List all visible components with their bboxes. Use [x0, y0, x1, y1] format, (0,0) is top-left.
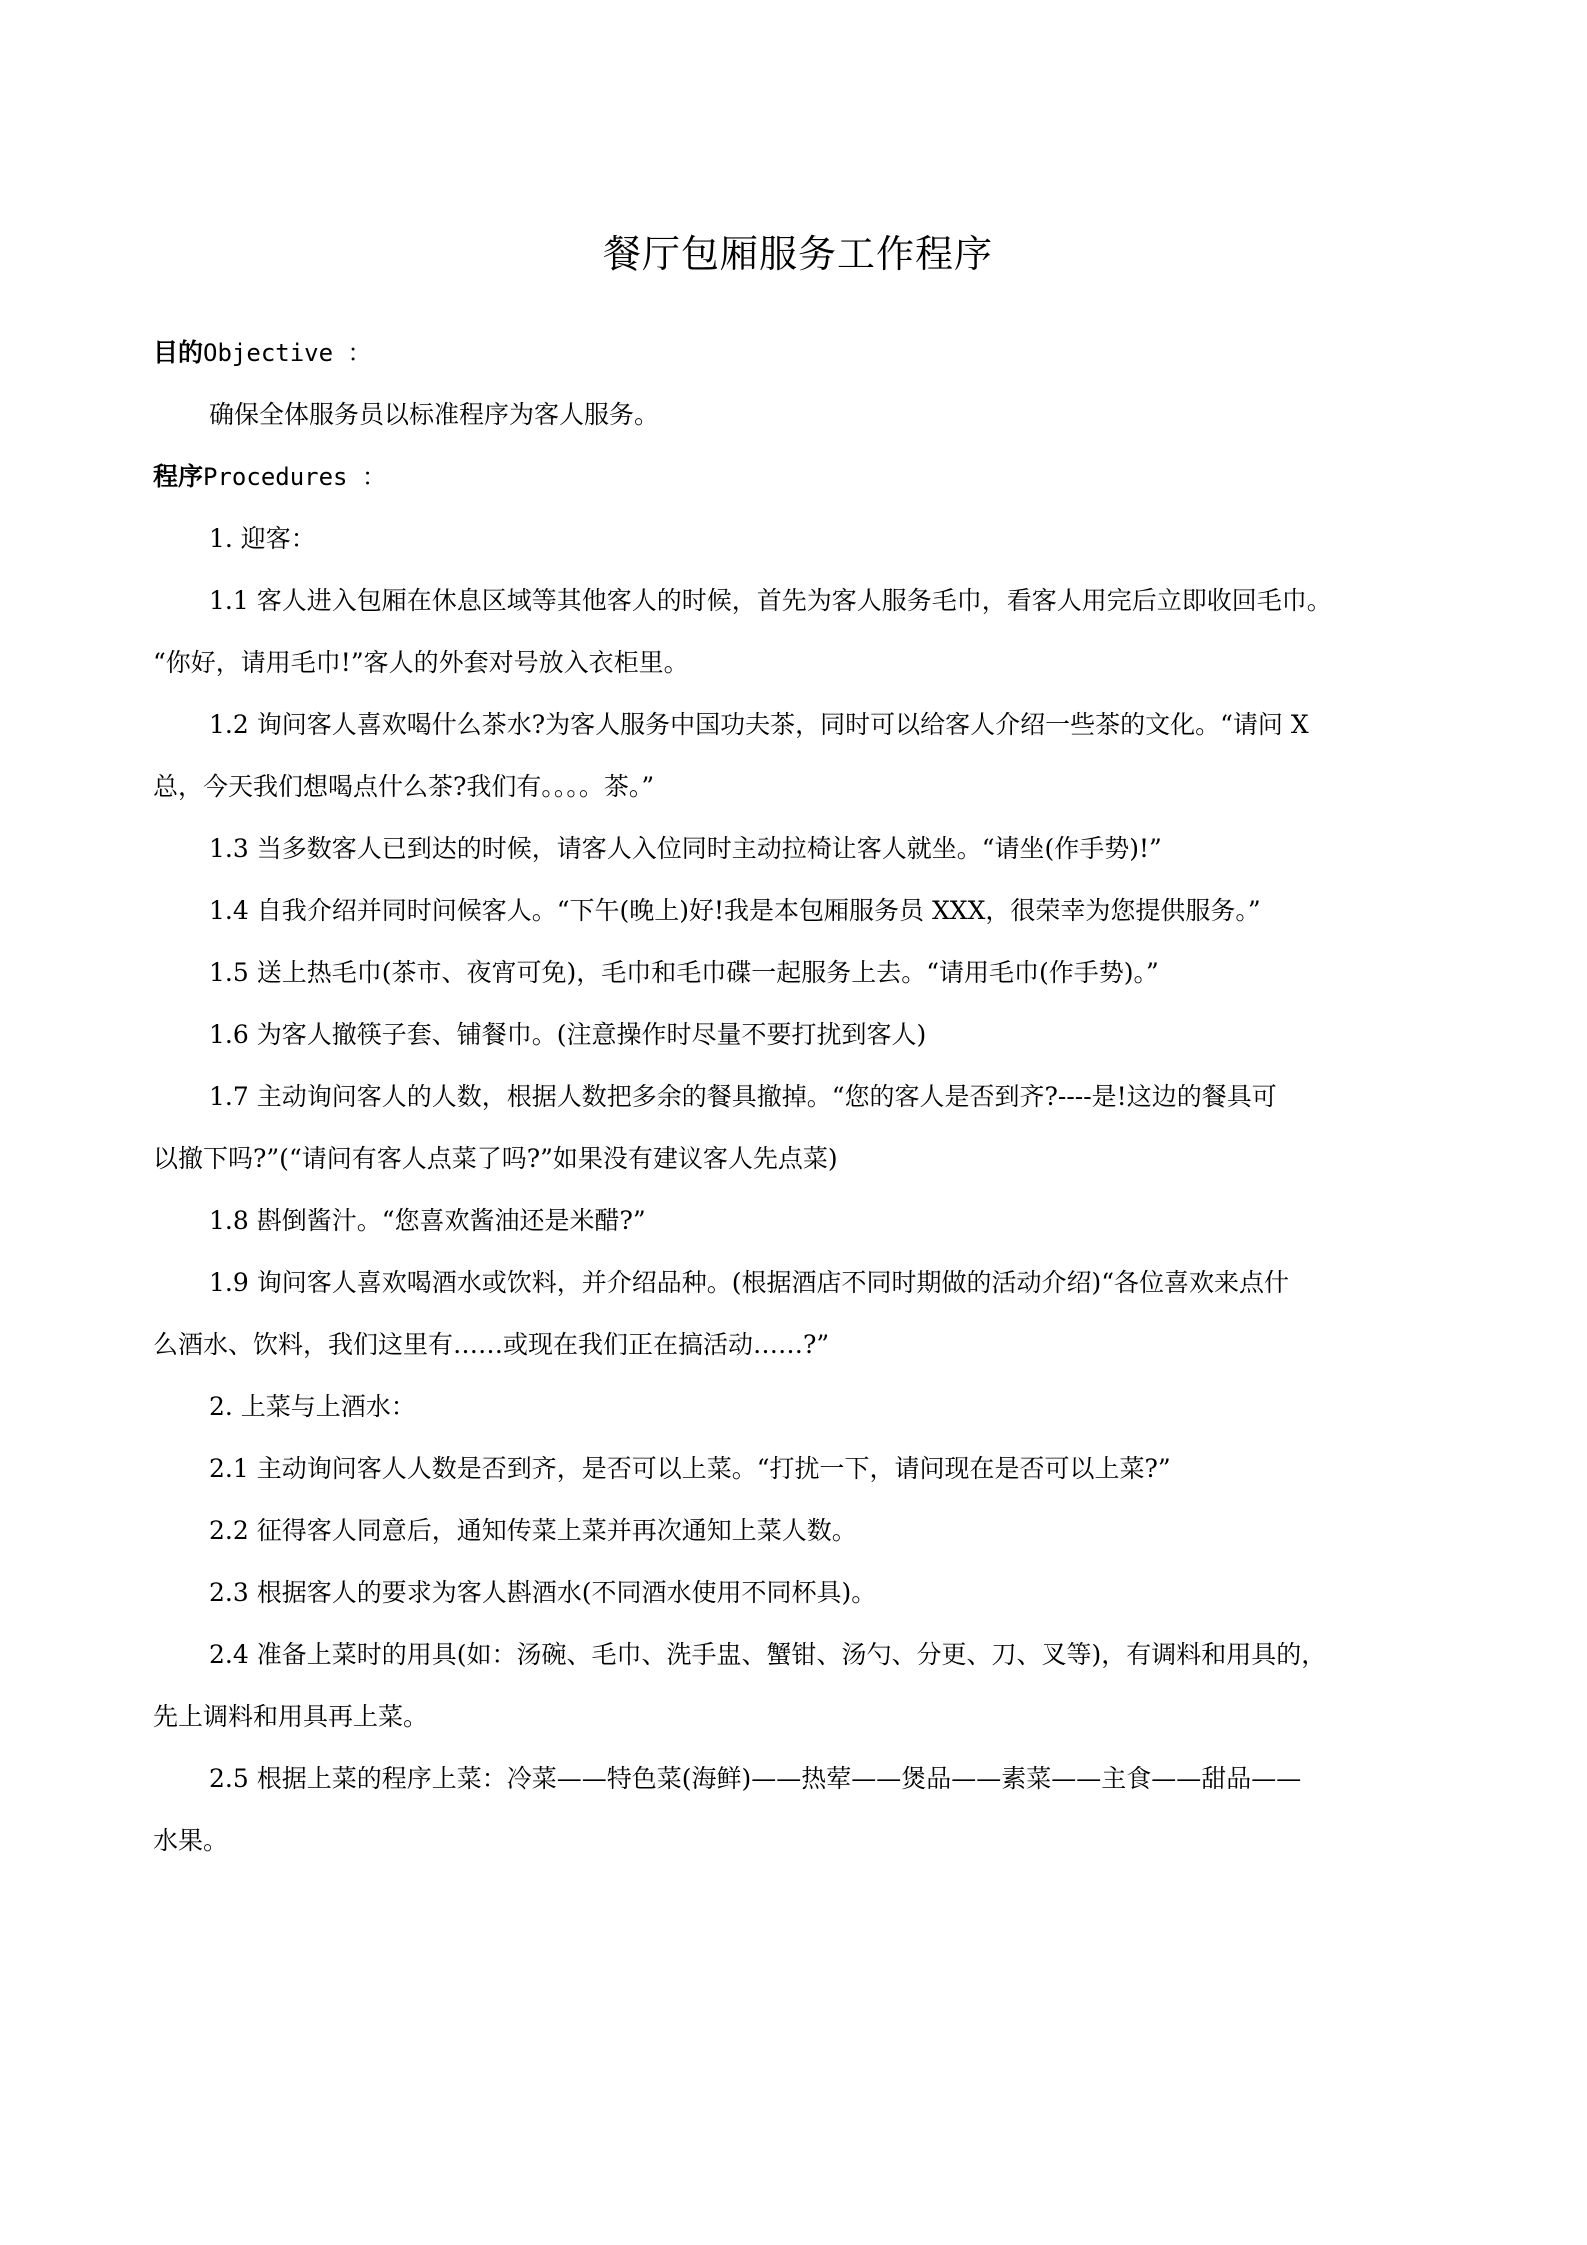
procedure-line: 先上调料和用具再上菜。 [153, 1700, 1443, 1734]
procedure-line: 1.6 为客人撤筷子套、铺餐巾。(注意操作时尽量不要打扰到客人) [209, 1018, 1443, 1052]
procedures-label-cn: 程序 [153, 462, 203, 491]
procedure-line: 2.1 主动询问客人人数是否到齐，是否可以上菜。“打扰一下，请问现在是否可以上菜… [209, 1452, 1443, 1486]
procedure-line: 2. 上菜与上酒水： [209, 1390, 1443, 1424]
procedure-line: 2.4 准备上菜时的用具(如：汤碗、毛巾、洗手盅、蟹钳、汤勺、分更、刀、叉等)，… [209, 1638, 1443, 1672]
objective-label-en: Objective ： [203, 339, 372, 367]
procedure-line: 2.5 根据上菜的程序上菜：冷菜——特色菜(海鲜)——热荤——煲品——素菜——主… [209, 1762, 1443, 1796]
procedure-line: 1.7 主动询问客人的人数，根据人数把多余的餐具撤掉。“您的客人是否到齐?---… [209, 1080, 1443, 1114]
procedure-line: 2.3 根据客人的要求为客人斟酒水(不同酒水使用不同杯具)。 [209, 1576, 1443, 1610]
procedure-line: 以撤下吗?”(“请问有客人点菜了吗?”如果没有建议客人先点菜) [153, 1142, 1443, 1176]
procedure-line: 么酒水、饮料，我们这里有……或现在我们正在搞活动……?” [153, 1328, 1443, 1362]
procedure-line: 2.2 征得客人同意后，通知传菜上菜并再次通知上菜人数。 [209, 1514, 1443, 1548]
procedure-line: 总，今天我们想喝点什么茶?我们有。。。。茶。” [153, 770, 1443, 804]
procedure-line: 1.8 斟倒酱汁。“您喜欢酱油还是米醋?” [209, 1204, 1443, 1238]
document-title: 餐厅包厢服务工作程序 [153, 230, 1443, 278]
procedures-heading: 程序Procedures ： [153, 460, 1443, 494]
procedures-label-en: Procedures ： [203, 463, 386, 491]
procedure-line: 1.9 询问客人喜欢喝酒水或饮料，并介绍品种。(根据酒店不同时期做的活动介绍)“… [209, 1266, 1443, 1300]
objective-heading: 目的Objective ： [153, 336, 1443, 370]
objective-label-cn: 目的 [153, 338, 203, 367]
objective-text: 确保全体服务员以标准程序为客人服务。 [209, 398, 1443, 432]
procedure-line: 1.1 客人进入包厢在休息区域等其他客人的时候，首先为客人服务毛巾，看客人用完后… [209, 584, 1443, 618]
procedure-line: 1.3 当多数客人已到达的时候，请客人入位同时主动拉椅让客人就坐。“请坐(作手势… [209, 832, 1443, 866]
procedure-line: “你好，请用毛巾!”客人的外套对号放入衣柜里。 [153, 646, 1443, 680]
procedure-line: 1.4 自我介绍并同时问候客人。“下午(晚上)好!我是本包厢服务员 XXX，很荣… [209, 894, 1443, 928]
procedure-line: 1. 迎客： [209, 522, 1443, 556]
procedure-line: 1.5 送上热毛巾(茶市、夜宵可免)，毛巾和毛巾碟一起服务上去。“请用毛巾(作手… [209, 956, 1443, 990]
procedure-line: 1.2 询问客人喜欢喝什么茶水?为客人服务中国功夫茶，同时可以给客人介绍一些茶的… [209, 708, 1443, 742]
procedure-line: 水果。 [153, 1824, 1443, 1858]
